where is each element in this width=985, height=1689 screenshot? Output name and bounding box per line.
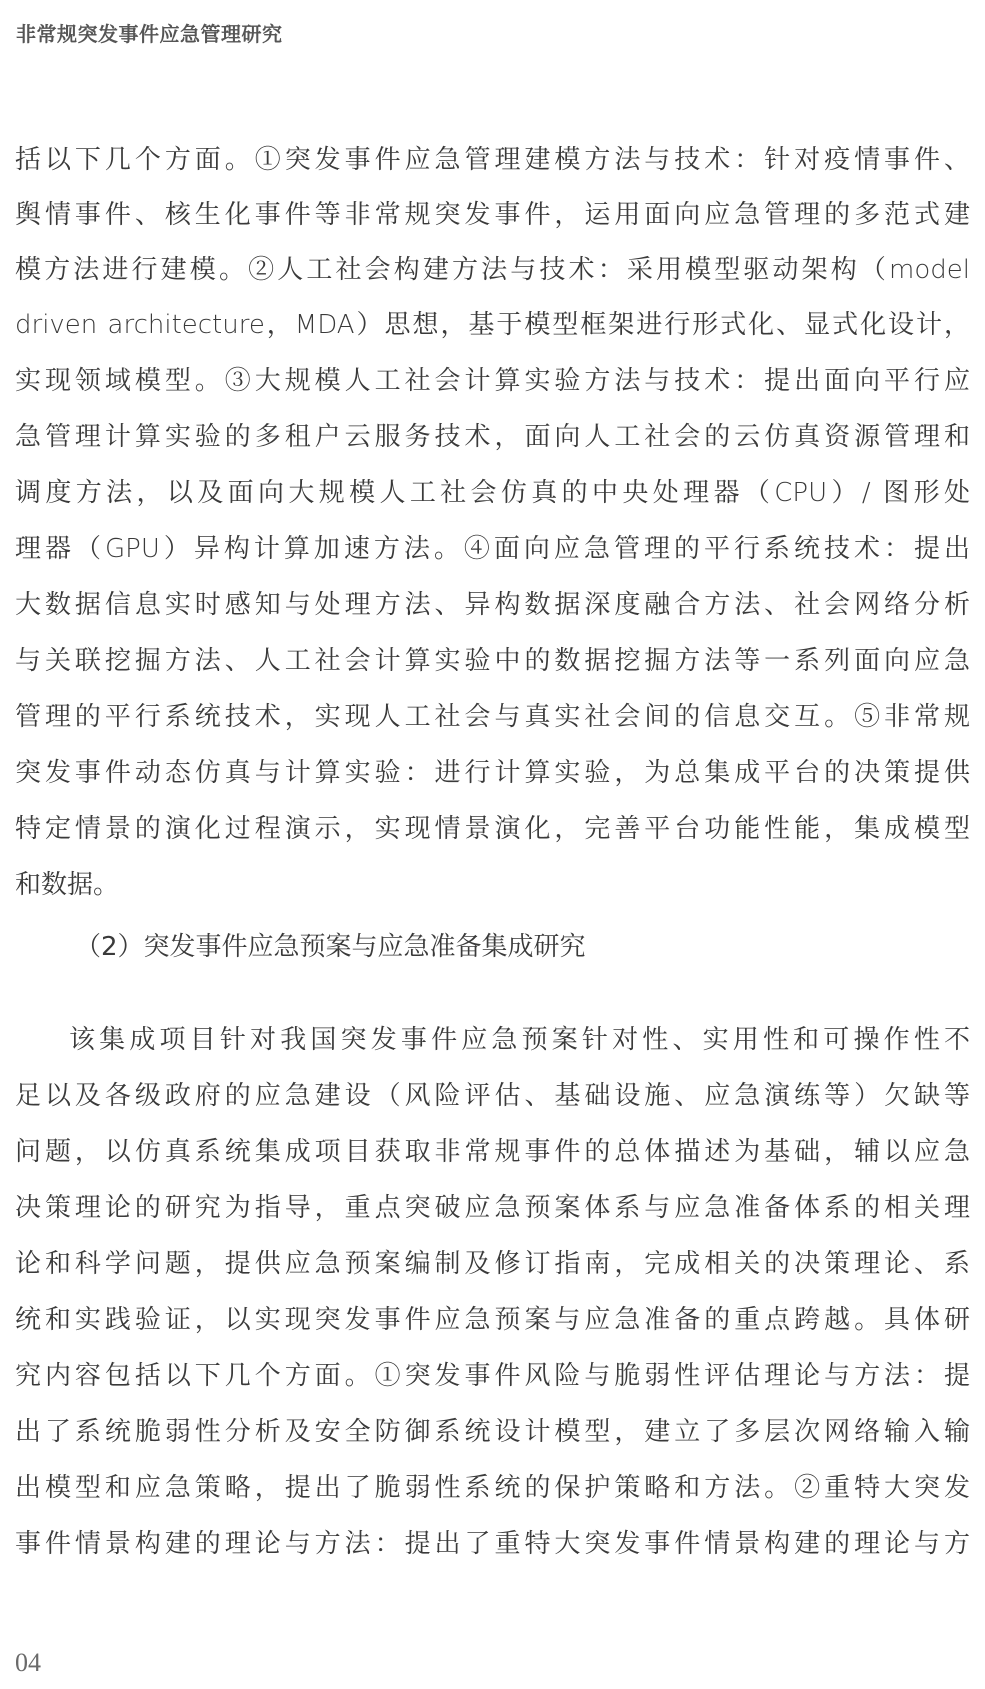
text-line: 事件情景构建的理论与方法：提出了重特大突发事件情景构建的理论与方 (15, 1527, 970, 1561)
text-line: 括以下几个方面。①突发事件应急管理建模方法与技术：针对疫情事件、 (15, 143, 970, 177)
text-line: 突发事件动态仿真与计算实验：进行计算实验，为总集成平台的决策提供 (15, 756, 970, 790)
text-line: 特定情景的演化过程演示，实现情景演化，完善平台功能性能，集成模型 (15, 812, 970, 846)
page-number: 04 (15, 1648, 41, 1678)
text-line: 和数据。 (15, 868, 970, 902)
text-line: 急管理计算实验的多租户云服务技术，面向人工社会的云仿真资源管理和 (15, 420, 970, 454)
text-line: 实现领域模型。③大规模人工社会计算实验方法与技术：提出面向平行应 (15, 364, 970, 398)
text-line: 大数据信息实时感知与处理方法、异构数据深度融合方法、社会网络分析 (15, 588, 970, 622)
text-line: 足以及各级政府的应急建设（风险评估、基础设施、应急演练等）欠缺等 (15, 1079, 970, 1113)
text-line: 舆情事件、核生化事件等非常规突发事件，运用面向应急管理的多范式建 (15, 198, 970, 232)
running-header: 非常规突发事件应急管理研究 (16, 18, 283, 47)
text-line: 模方法进行建模。②人工社会构建方法与技术：采用模型驱动架构（model (15, 253, 970, 287)
text-line: 出了系统脆弱性分析及安全防御系统设计模型，建立了多层次网络输入输 (15, 1415, 970, 1449)
text-line: 管理的平行系统技术，实现人工社会与真实社会间的信息交互。⑤非常规 (15, 700, 970, 734)
text-line: 问题，以仿真系统集成项目获取非常规事件的总体描述为基础，辅以应急 (15, 1135, 970, 1169)
text-line: 与关联挖掘方法、人工社会计算实验中的数据挖掘方法等一系列面向应急 (15, 644, 970, 678)
text-line: 调度方法，以及面向大规模人工社会仿真的中央处理器（CPU）/ 图形处 (15, 476, 970, 510)
text-line: 论和科学问题，提供应急预案编制及修订指南，完成相关的决策理论、系 (15, 1247, 970, 1281)
text-line: 统和实践验证，以实现突发事件应急预案与应急准备的重点跨越。具体研 (15, 1303, 970, 1337)
text-line: driven architecture，MDA）思想，基于模型框架进行形式化、显… (15, 308, 970, 342)
text-line: 究内容包括以下几个方面。①突发事件风险与脆弱性评估理论与方法：提 (15, 1359, 970, 1393)
text-line: 出模型和应急策略，提出了脆弱性系统的保护策略和方法。②重特大突发 (15, 1471, 970, 1505)
text-line: 理器（GPU）异构计算加速方法。④面向应急管理的平行系统技术：提出 (15, 532, 970, 566)
text-line: 决策理论的研究为指导，重点突破应急预案体系与应急准备体系的相关理 (15, 1191, 970, 1225)
text-line: 该集成项目针对我国突发事件应急预案针对性、实用性和可操作性不 (69, 1023, 970, 1057)
section-heading: （2）突发事件应急预案与应急准备集成研究 (75, 930, 586, 964)
